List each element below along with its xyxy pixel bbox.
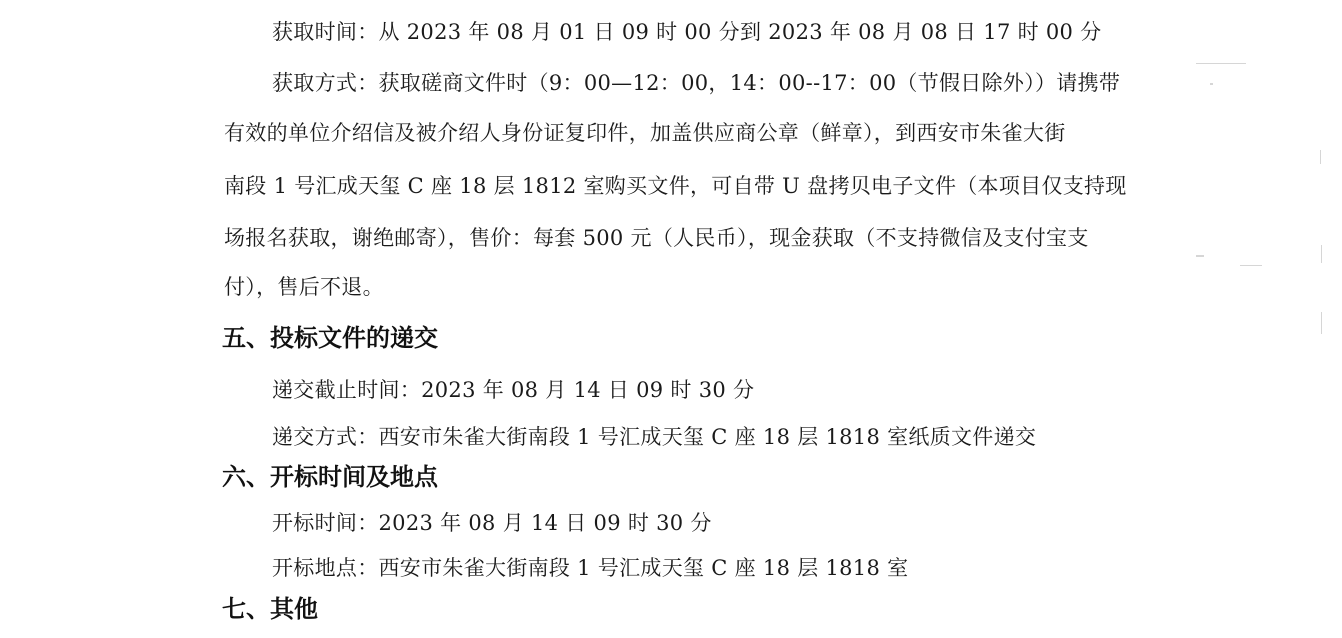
scan-artifact [1321, 312, 1322, 334]
acquire-method-line-3: 南段 1 号汇成天玺 C 座 18 层 1812 室购买文件，可自带 U 盘拷贝… [224, 173, 1127, 199]
acquire-method-line-5: 付），售后不退。 [224, 274, 384, 300]
section-7-heading: 七、其他 [222, 594, 318, 624]
bid-opening-place-text: 开标地点：西安市朱雀大街南段 1 号汇成天玺 C 座 18 层 1818 室 [272, 555, 908, 581]
scan-artifact [1321, 245, 1322, 263]
section-6-heading: 六、开标时间及地点 [222, 462, 438, 492]
submission-method-text: 递交方式：西安市朱雀大街南段 1 号汇成天玺 C 座 18 层 1818 室纸质… [272, 424, 1036, 450]
scan-artifact [1196, 63, 1246, 64]
section-5-heading: 五、投标文件的递交 [222, 323, 438, 353]
document-page: 获取时间：从 2023 年 08 月 01 日 09 时 00 分到 2023 … [0, 0, 1342, 638]
acquire-method-line-1: 获取方式：获取磋商文件时（9：00—12：00，14：00--17：00（节假日… [272, 70, 1120, 96]
acquire-time-text: 获取时间：从 2023 年 08 月 01 日 09 时 00 分到 2023 … [272, 19, 1101, 45]
scan-artifact [1320, 150, 1321, 164]
acquire-method-line-2: 有效的单位介绍信及被介绍人身份证复印件，加盖供应商公章（鲜章），到西安市朱雀大街 [224, 120, 1066, 146]
scan-artifact [1210, 83, 1213, 85]
scan-artifact [1196, 255, 1204, 257]
submission-deadline-text: 递交截止时间：2023 年 08 月 14 日 09 时 30 分 [272, 377, 754, 403]
acquire-method-line-4: 场报名获取，谢绝邮寄），售价：每套 500 元（人民币），现金获取（不支持微信及… [224, 225, 1089, 251]
bid-opening-time-text: 开标时间：2023 年 08 月 14 日 09 时 30 分 [272, 510, 712, 536]
scan-artifact [1240, 265, 1262, 266]
